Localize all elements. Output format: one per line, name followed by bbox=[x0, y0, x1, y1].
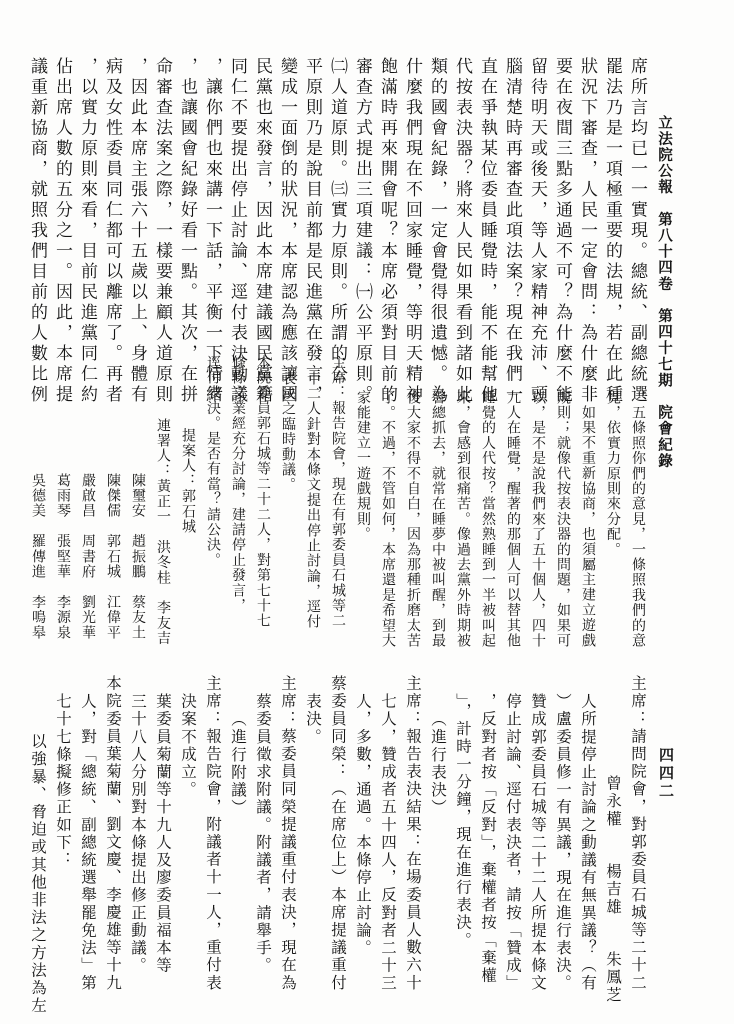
text-column: 九人在睡覺，醒著的那個人可以替其他 bbox=[501, 390, 523, 648]
text-column: 陳璽安 趙振鵬 蔡友土 bbox=[126, 473, 148, 640]
gazette-page: 立法院公報 第八十四卷 第四十七期 院會紀錄 四四二 席所言均已一一實現。總統、… bbox=[0, 0, 734, 1024]
text-column: 葉委員菊蘭等十九人及廖委員福本等 bbox=[151, 693, 173, 975]
text-column: 見，依實力原則來分配。 bbox=[601, 390, 623, 557]
text-column: 命審查法案之際，一樣要兼顧人道原則 bbox=[151, 57, 173, 406]
text-column: 以強暴、脅迫或其他非法之方法為左 bbox=[26, 733, 48, 1015]
text-column: 七十七條擬修正如下： bbox=[51, 693, 73, 869]
text-column: 如果不重新協商，也須屬主建立遊戲 bbox=[576, 405, 598, 648]
text-column: 主席：報告院會，附議者十一人，重付表 bbox=[201, 675, 223, 992]
text-column: 病及女性委員同仁都可以離席了。再者 bbox=[101, 57, 123, 406]
text-column: 類的國會紀錄，一定會覺得很遺憾。為 bbox=[426, 57, 448, 406]
text-column: ，因此本席主張六十五歲以上、身體有 bbox=[126, 57, 148, 406]
text-column: 條條文業經充分討論，建請停止發言， bbox=[226, 355, 248, 613]
text-column: 留待明天或後天，等人家精神充沛、頭 bbox=[526, 57, 548, 406]
text-column: 主席：蔡委員同榮提議重付表決，現在為 bbox=[276, 675, 298, 992]
text-column: 睡覺的人代按？當然熟睡到一半被叫起 bbox=[476, 390, 498, 648]
text-column: 人，對「總統、副總統選舉罷免法」第 bbox=[76, 693, 98, 992]
text-column: ，以實力原則來看，目前民進黨同仁約 bbox=[76, 57, 98, 406]
gazette-header: 立法院公報 第八十四卷 第四十七期 院會紀錄 bbox=[652, 115, 676, 469]
text-column: 蔡委員同榮：（在席位上）本席提議重付 bbox=[326, 675, 348, 992]
text-column: 本院委員葉菊蘭、劉文慶、李慶雄等十九 bbox=[101, 675, 123, 992]
text-column: 同仁不要提出停止討論、逕付表決動議 bbox=[226, 57, 248, 406]
text-column: 變成一面倒的狀況，本席認為應該讓國 bbox=[276, 57, 298, 406]
text-column: 表決。 bbox=[301, 693, 323, 746]
text-column: ，讓你們也來講一下話，平衡一下情緒 bbox=[201, 57, 223, 406]
text-column: 人，多數，通過。本條停止討論。 bbox=[351, 693, 373, 957]
text-column: 三十八人分別對本條提出修正動議。 bbox=[126, 693, 148, 975]
text-column: 平原則乃是說目前都是民進黨在發言， bbox=[301, 57, 323, 406]
text-column: 吳德美 羅傳進 李鳴皋 bbox=[26, 473, 48, 640]
text-column: ，五條照你們的意見，一條照我們的意 bbox=[626, 390, 648, 648]
text-column: 來，會感到很痛苦。像過去黨外時期被 bbox=[451, 390, 473, 648]
text-column: 連署人：黃正一 洪冬桂 李友吉 bbox=[151, 418, 173, 646]
text-column: 本院委員郭石城等二十二人，對第七十七 bbox=[251, 355, 273, 629]
text-column: 議重新協商，就照我們目前的人數比例 bbox=[26, 57, 48, 406]
text-column: ，也讓國會紀錄好看一點。其次，在拼 bbox=[176, 57, 198, 406]
text-column: 以，是不是說我們來了五十個人，四十 bbox=[526, 390, 548, 648]
text-column: ，反對者按「反對」，棄權者按「棄權 bbox=[476, 693, 498, 984]
text-column: 人所提停止討論之動議有無異議？（有 bbox=[576, 693, 598, 992]
text-column: （進行表決） bbox=[426, 711, 448, 817]
text-column: 警總抓去，就常在睡夢中被叫醒，到最 bbox=[426, 390, 448, 648]
text-column: 表決之臨時動議。 bbox=[276, 371, 298, 493]
text-column: 七人，贊成者五十四人，反對者二十三 bbox=[376, 693, 398, 992]
text-column: 主席：報告表決結果：在場委員人數六十 bbox=[401, 675, 423, 992]
text-column: 席所言均已一一實現。總統、副總統選 bbox=[626, 57, 648, 406]
text-column: 決案不成立。 bbox=[176, 693, 198, 799]
text-column: ）盧委員修一有異議，現在進行表決。 bbox=[551, 693, 573, 992]
text-column: （進行附議） bbox=[226, 711, 248, 817]
text-column: 要在夜間三點多通過不可？為什麼不能 bbox=[551, 57, 573, 406]
text-column: 規則；就像代按表決器的問題，如果可 bbox=[551, 390, 573, 648]
text-column: 陳傑儒 郭石城 江偉平 bbox=[101, 473, 123, 640]
text-column: 葛雨琴 張堅華 李源泉 bbox=[51, 473, 73, 640]
text-column: ㈡人道原則。㈢實力原則。所謂的公 bbox=[326, 57, 348, 385]
text-column: 佔出席人數的五分之一。因此，本席提 bbox=[51, 57, 73, 406]
text-column: 主席：請問院會，對郭委員石城等二十二 bbox=[626, 675, 648, 992]
text-column: 曾永權 楊吉雄 朱鳳芝 bbox=[601, 775, 623, 1004]
text-column: 十二人針對本條文提出停止討論，逕付 bbox=[301, 371, 323, 629]
text-column: 提案人：郭石城 bbox=[176, 428, 198, 534]
text-column: 代按表決器？將來人民如果看到諸如此 bbox=[451, 57, 473, 406]
text-column: 蔡委員徵求附議。附議者，請舉手。 bbox=[251, 693, 273, 975]
text-column: 罷法乃是一項極重要的法規，若在此種 bbox=[601, 57, 623, 406]
text-column: 停止討論、逕付表決者，請按「贊成」 bbox=[501, 693, 523, 992]
text-column: 審查方式提出三項建議：㈠公平原則。 bbox=[351, 57, 373, 406]
text-column: 了。不過，不管如何，本席還是希望大 bbox=[376, 390, 398, 648]
text-column: 直在爭執某位委員睡覺時，能不能幫他 bbox=[476, 57, 498, 406]
text-column: 民黨也來發言，因此本席建議國民黨籍 bbox=[251, 57, 273, 406]
text-column: 後大家不得不自白，因為那種折磨太苦 bbox=[401, 390, 423, 648]
page-number: 四四二 bbox=[653, 747, 677, 801]
text-column: 狀況下審查，人民一定會問：為什麼非 bbox=[576, 57, 598, 406]
text-column: 」，計時一分鐘，現在進行表決。 bbox=[451, 693, 473, 949]
text-column: 飽滿時再來開會呢？本席必須對目前的 bbox=[376, 57, 398, 406]
text-column: 嚴啟昌 周書府 劉光華 bbox=[76, 473, 98, 640]
text-column: 家能建立一遊戲規則。 bbox=[351, 390, 373, 542]
text-column: 贊成郭委員石城等二十二人所提本條文 bbox=[526, 693, 548, 992]
text-column: 主席：報告院會，現在有郭委員石城等二 bbox=[326, 355, 348, 629]
text-column: 腦清楚時再審查此項法案？現在我們一 bbox=[501, 57, 523, 406]
text-column: 什麼我們現在不回家睡覺，等明天精神 bbox=[401, 57, 423, 406]
text-column: 逕付表決。是否有當？請公決。 bbox=[201, 355, 223, 568]
